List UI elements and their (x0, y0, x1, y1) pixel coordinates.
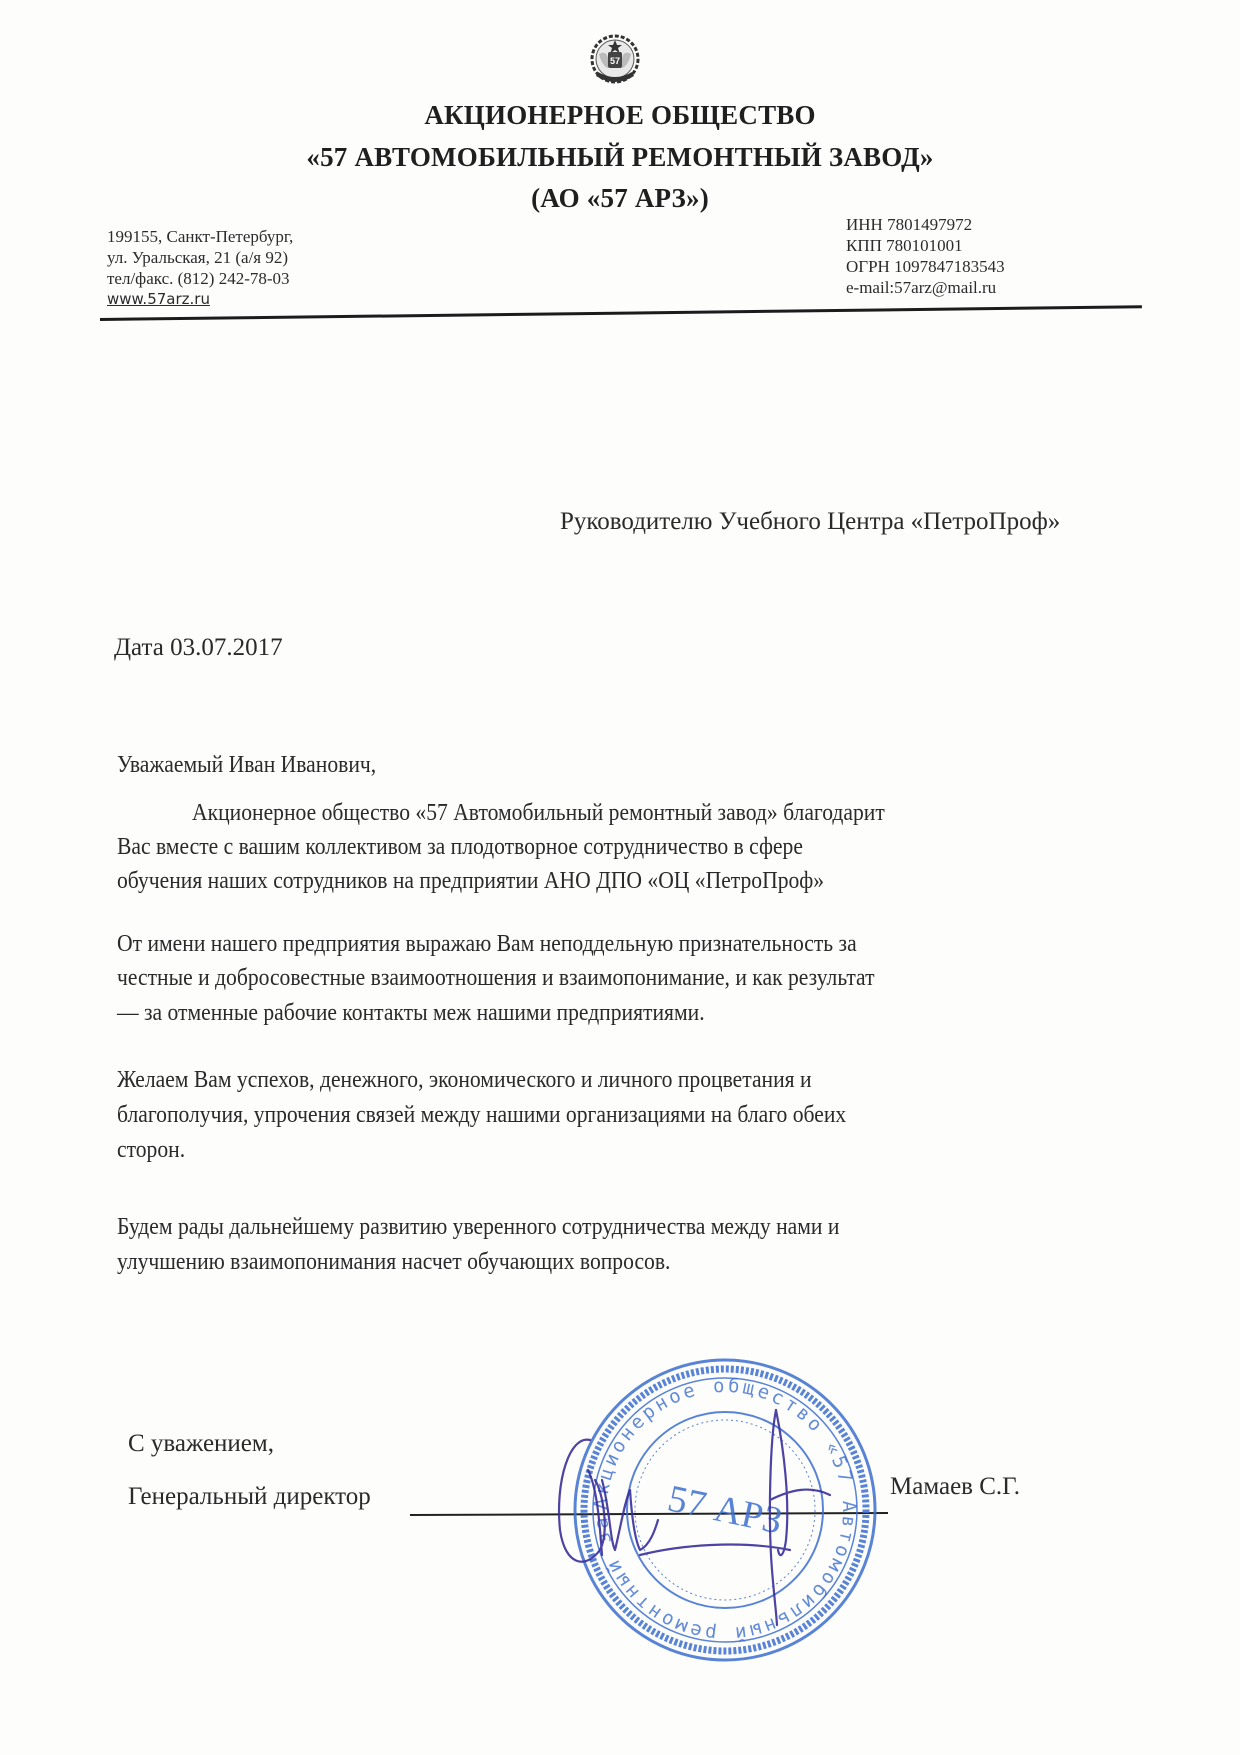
paragraph-3-line: сторон. (117, 1137, 185, 1164)
address-line: ул. Уральская, 21 (а/я 92) (107, 247, 293, 268)
paragraph-1-line: Акционерное общество «57 Автомобильный р… (192, 800, 885, 827)
salutation: Уважаемый Иван Иванович, (117, 752, 376, 779)
email[interactable]: e-mail:57arz@mail.ru (846, 277, 1005, 298)
paragraph-2-line: От имени нашего предприятия выражаю Вам … (117, 931, 857, 958)
company-title-line2: «57 АВТОМОБИЛЬНЫЙ РЕМОНТНЫЙ ЗАВОД» (0, 142, 1240, 173)
svg-text:57: 57 (610, 56, 620, 66)
paragraph-3-line: Желаем Вам успехов, денежного, экономиче… (117, 1067, 812, 1094)
website-link[interactable]: www.57arz.ru (107, 289, 293, 310)
signature-scribble-icon (540, 1380, 900, 1660)
handwritten-signature (540, 1380, 900, 1660)
company-title-line1: АКЦИОНЕРНОЕ ОБЩЕСТВО (0, 100, 1240, 131)
ogrn: ОГРН 1097847183543 (846, 256, 1005, 277)
paragraph-1-line: обучения наших сотрудников на предприяти… (117, 868, 824, 895)
paragraph-2-line: — за отменные рабочие контакты меж нашим… (117, 1000, 705, 1027)
paragraph-2-line: честные и добросовестные взаимоотношения… (117, 965, 875, 992)
paragraph-4-line: Будем рады дальнейшему развитию уверенно… (117, 1214, 839, 1241)
letter-date: Дата 03.07.2017 (114, 634, 283, 662)
paragraph-4-line: улучшению взаимопонимания насчет обучающ… (117, 1249, 670, 1276)
address-line: 199155, Санкт-Петербург, (107, 226, 293, 247)
paragraph-3-line: благополучия, упрочения связей между наш… (117, 1102, 846, 1129)
inn: ИНН 7801497972 (846, 214, 1005, 235)
company-logo: 57 (586, 32, 644, 90)
recipient: Руководителю Учебного Центра «ПетроПроф» (560, 508, 1060, 536)
company-address: 199155, Санкт-Петербург, ул. Уральская, … (107, 226, 293, 310)
signer-name: Мамаев С.Г. (890, 1473, 1020, 1501)
closing: С уважением, (128, 1430, 274, 1458)
company-registration: ИНН 7801497972 КПП 780101001 ОГРН 109784… (846, 214, 1005, 298)
company-title-line3: (АО «57 АРЗ») (0, 183, 1240, 214)
paragraph-1-line: Вас вместе с вашим коллективом за плодот… (117, 834, 803, 861)
phone-fax: тел/факс. (812) 242-78-03 (107, 268, 293, 289)
factory-emblem-icon: 57 (586, 32, 644, 90)
kpp: КПП 780101001 (846, 235, 1005, 256)
signer-position: Генеральный директор (128, 1483, 371, 1511)
